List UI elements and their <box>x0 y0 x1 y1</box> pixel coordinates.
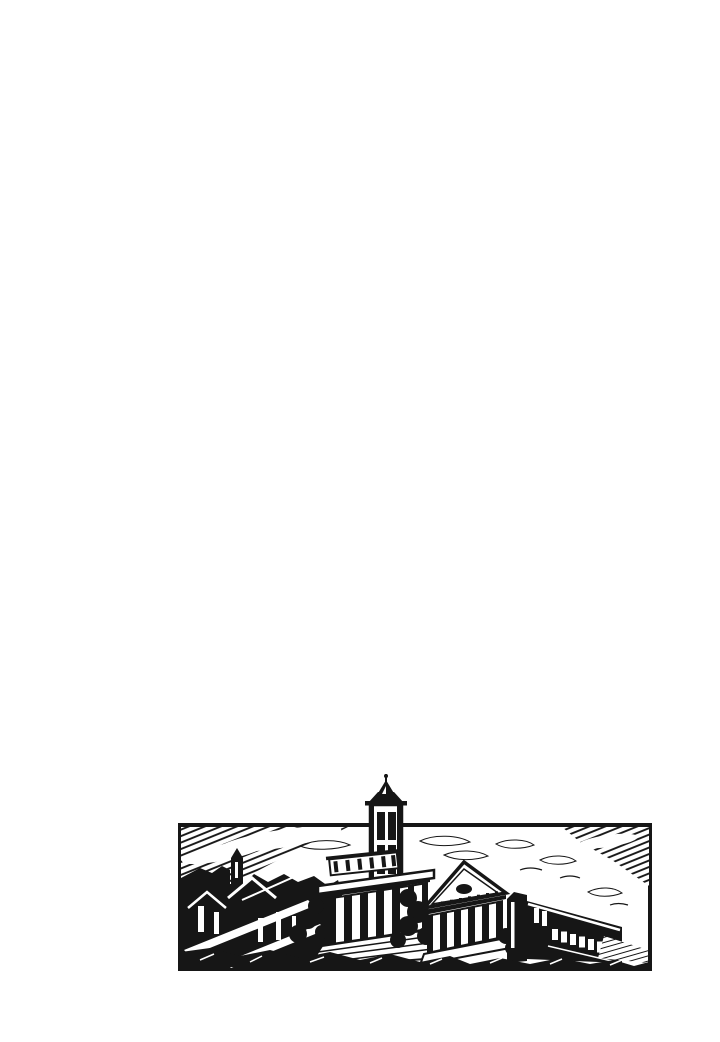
building-illustration <box>0 0 720 1042</box>
manga-page <box>0 0 720 1042</box>
clock-tower <box>365 774 407 890</box>
